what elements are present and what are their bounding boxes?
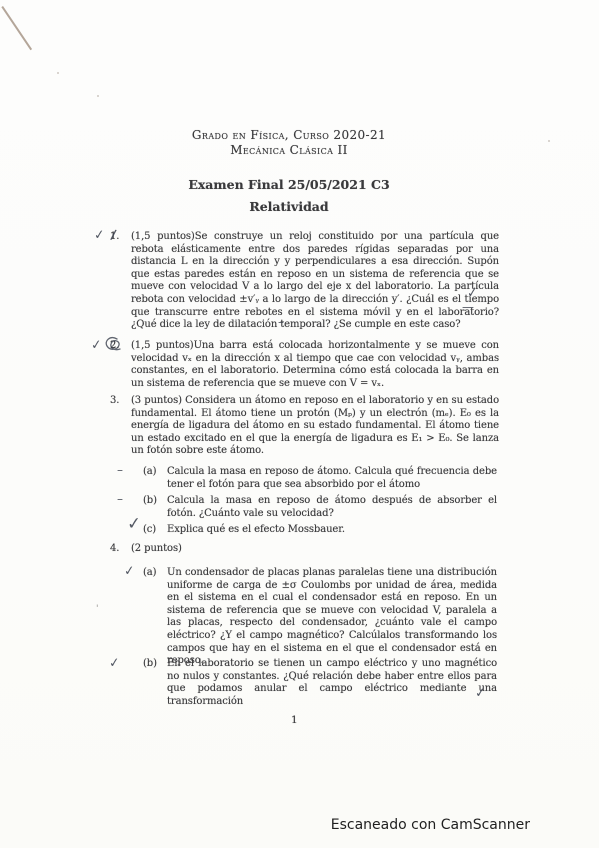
problem-3-item-c: (c) Explica qué es el efecto Mossbauer.	[143, 524, 497, 537]
scan-speck	[97, 95, 99, 97]
exam-title: Examen Final 25/05/2021 C3	[0, 177, 578, 192]
grader-check-icon: ✓	[90, 337, 102, 353]
item-a-text: Un condensador de placas planas paralela…	[167, 567, 497, 668]
problem-4-item-b: (b) En el laboratorio se tienen un campo…	[143, 658, 497, 708]
problem-3: 3. (3 puntos) Considera un átomo en repo…	[110, 395, 499, 458]
grader-dash-icon: –	[117, 463, 123, 477]
item-b-text: En el laboratorio se tienen un campo elé…	[167, 658, 497, 708]
problem-3-number: 3.	[110, 395, 131, 458]
item-a-label: (a)	[143, 466, 167, 491]
scanned-exam-page: Grado en Física, Curso 2020-21 Mecánica …	[0, 0, 599, 848]
problem-4-number: 4.	[110, 543, 131, 556]
grader-dash-icon: –	[117, 492, 123, 506]
problem-1: 1. (1,5 puntos)Se construye un reloj con…	[110, 231, 499, 332]
course-title-line2: Mecánica Clásica II	[0, 143, 578, 157]
exam-subject: Relatividad	[0, 199, 578, 214]
item-a-text: Calcula la masa en reposo de átomo. Calc…	[167, 466, 497, 491]
problem-4-text: (2 puntos)	[131, 543, 499, 556]
item-c-text: Explica qué es el efecto Mossbauer.	[167, 524, 497, 537]
item-b-label: (b)	[143, 495, 167, 520]
problem-2: 2. (1,5 puntos)Una barra está colocada h…	[110, 340, 499, 390]
stray-pen-mark: '	[96, 604, 98, 614]
scribble-over-problem-2-number-icon	[103, 336, 123, 354]
problem-1-text: (1,5 puntos)Se construye un reloj consti…	[131, 231, 499, 332]
item-c-label: (c)	[143, 524, 167, 537]
item-b-text: Calcula la masa en reposo de átomo despu…	[167, 495, 497, 520]
problem-4: 4. (2 puntos)	[110, 543, 499, 556]
problem-3-item-b: (b) Calcula la masa en reposo de átomo d…	[143, 495, 497, 520]
problem-1-number: 1.	[110, 231, 131, 332]
problem-3-item-a: (a) Calcula la masa en reposo de átomo. …	[143, 466, 497, 491]
problem-3-text: (3 puntos) Considera un átomo en reposo …	[131, 395, 499, 458]
page-number: 1	[291, 714, 298, 726]
grader-check-icon: ✓	[126, 514, 142, 535]
item-a-label: (a)	[143, 567, 167, 668]
grader-check-icon: ✓	[108, 655, 120, 671]
grader-check-icon: ✓	[93, 227, 105, 243]
item-b-label: (b)	[143, 658, 167, 708]
camscanner-watermark: Escaneado con CamScanner	[331, 817, 530, 833]
grader-check-icon: ✓	[123, 563, 135, 579]
scan-speck	[57, 72, 59, 74]
course-title-line1: Grado en Física, Curso 2020-21	[0, 128, 578, 142]
scan-corner-line-artifact	[2, 6, 32, 50]
problem-4-item-a: (a) Un condensador de placas planas para…	[143, 567, 497, 668]
problem-2-text: (1,5 puntos)Una barra está colocada hori…	[131, 340, 499, 390]
